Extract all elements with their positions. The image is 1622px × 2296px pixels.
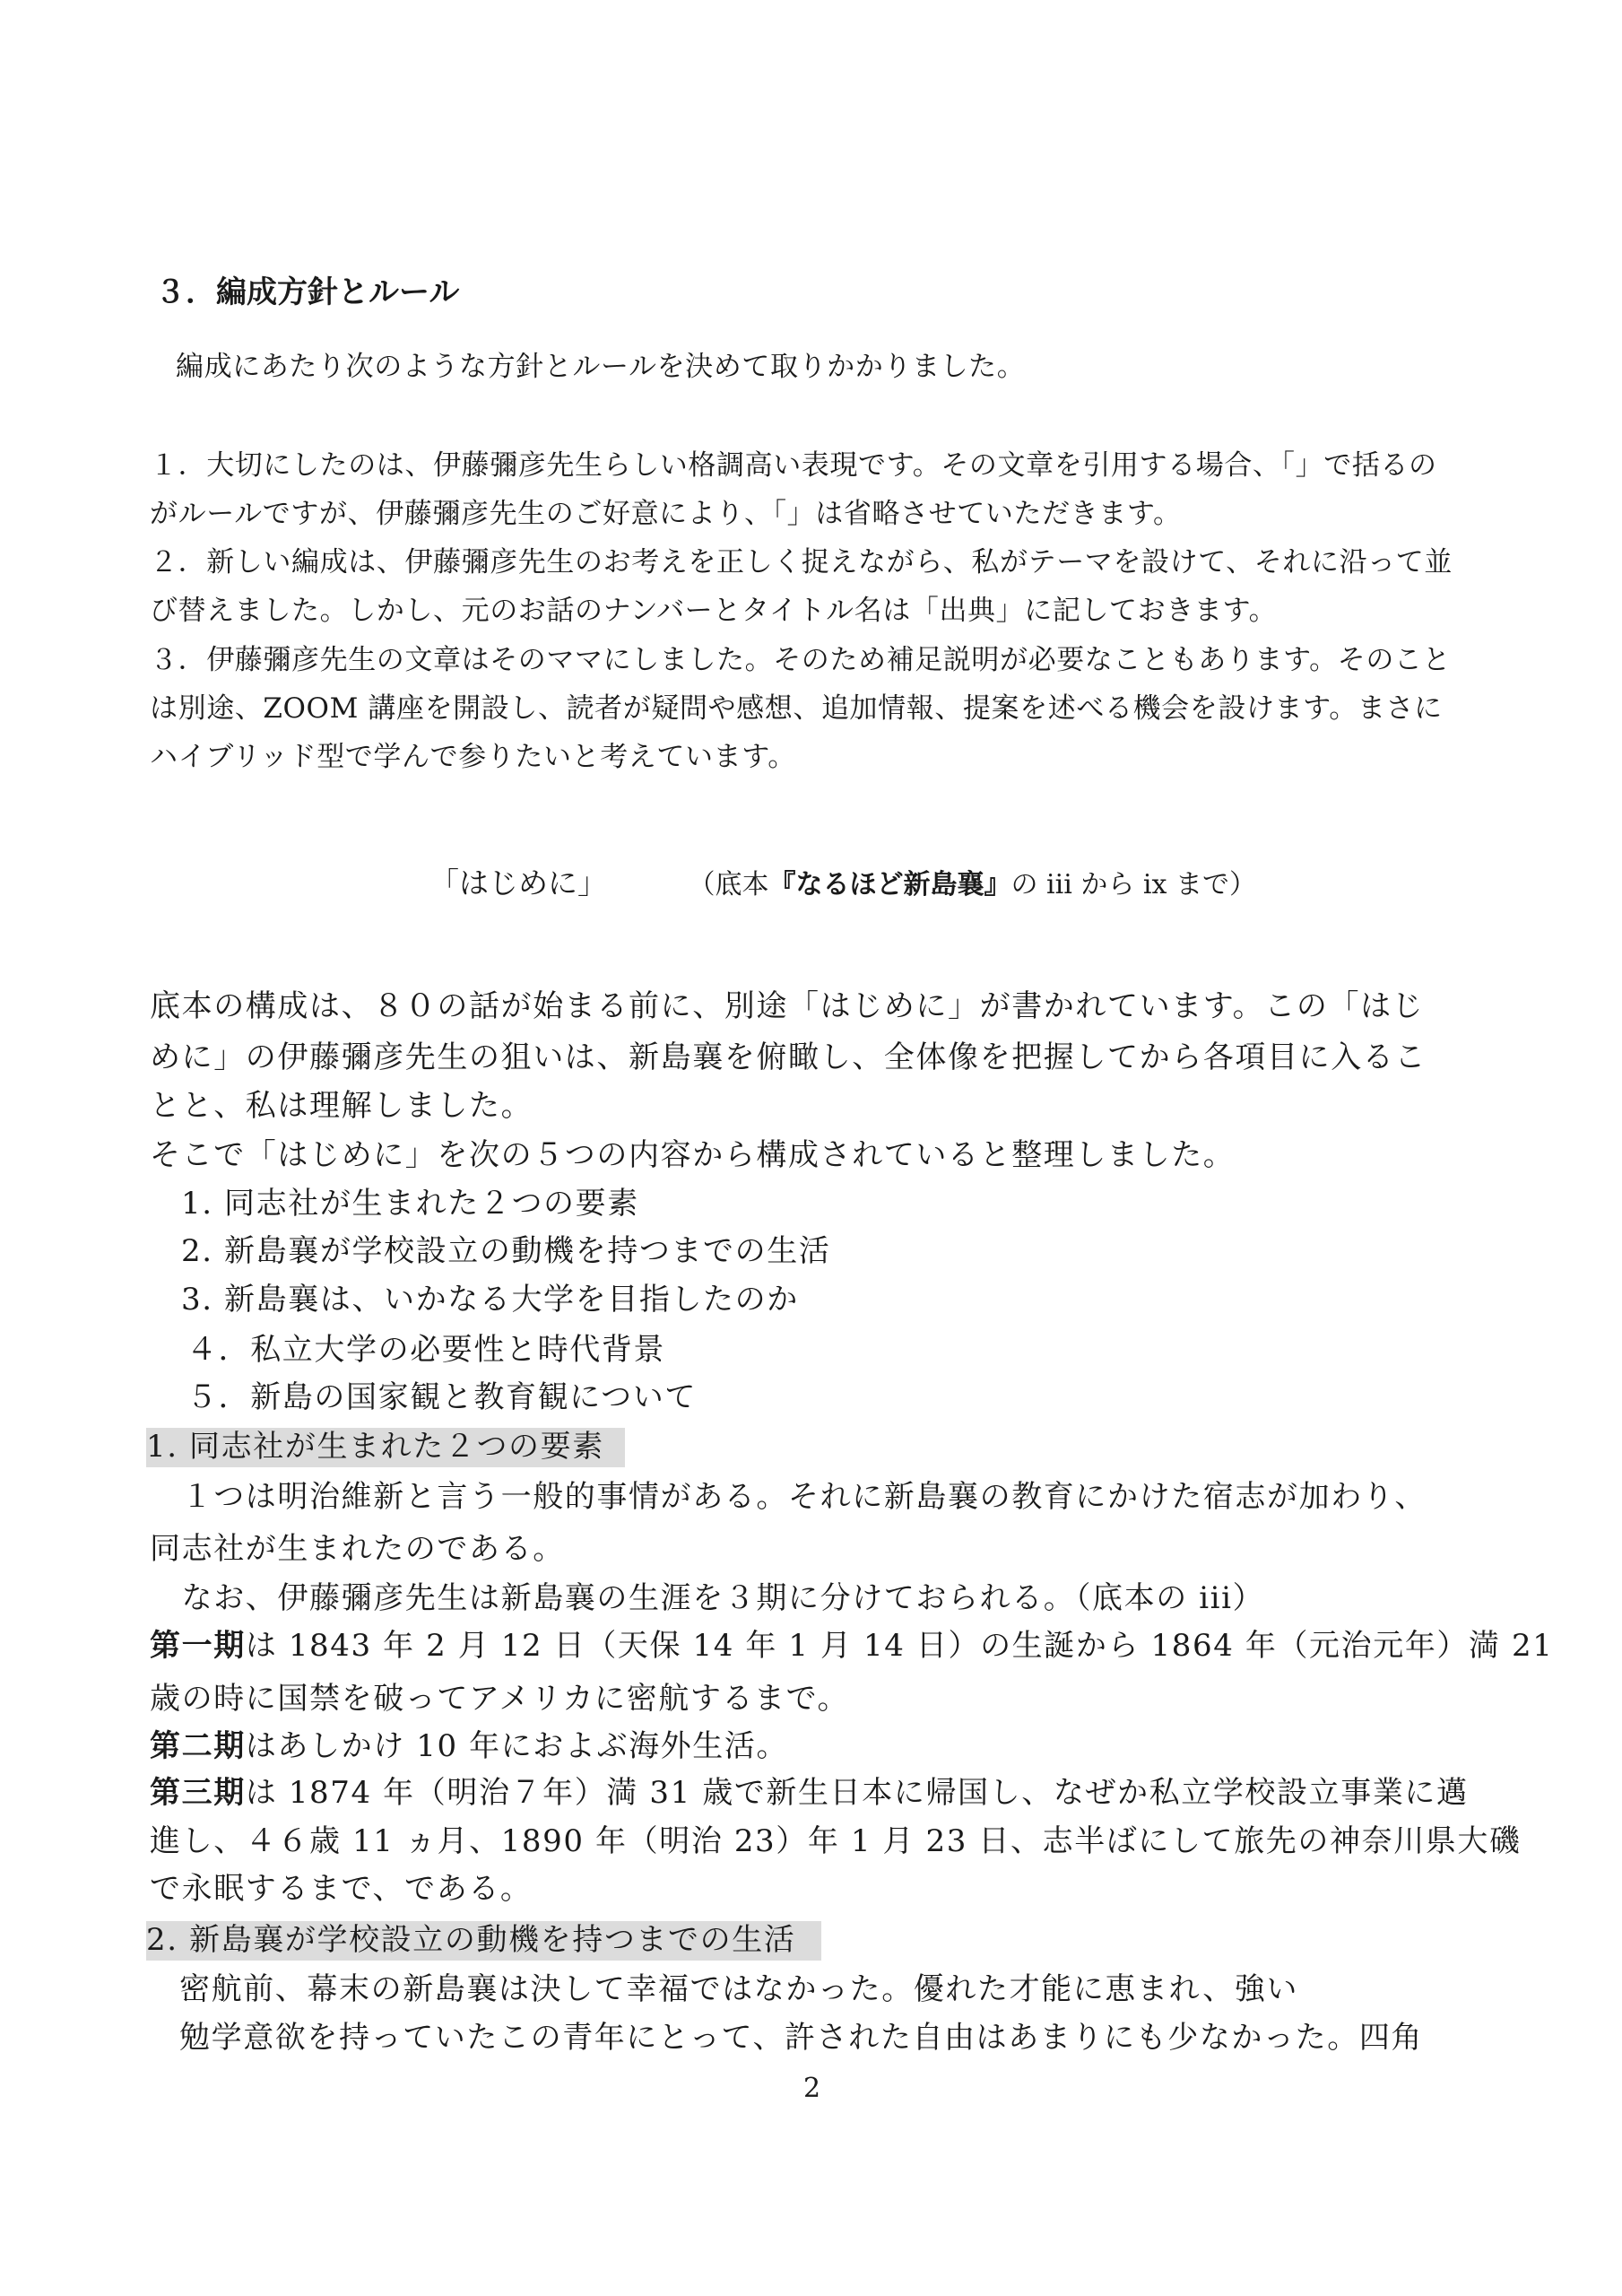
chapter-source-suffix: の iii から ix まで） bbox=[1011, 869, 1256, 900]
rule-1-line-1: １．大切にしたのは、伊藤彌彦先生らしい格調高い表現です。その文章を引用する場合、… bbox=[150, 452, 1437, 480]
body-intro-line-4: そこで「はじめに」を次の５つの内容から構成されていると整理しました。 bbox=[150, 1140, 1235, 1170]
body-intro-line-1: 底本の構成は、８０の話が始まる前に、別途「はじめに」が書かれています。この「はじ bbox=[150, 991, 1424, 1022]
section-heading: ３．編成方針とルール bbox=[155, 277, 459, 308]
subsection-heading-1: 1. 同志社が生まれた２つの要素 bbox=[146, 1428, 625, 1467]
period-2-label: 第二期 bbox=[150, 1728, 246, 1764]
outline-item-1: 1. 同志社が生まれた２つの要素 bbox=[181, 1188, 639, 1219]
period-1-label: 第一期 bbox=[150, 1628, 246, 1664]
body-intro-line-2: めに」の伊藤彌彦先生の狙いは、新島襄を俯瞰し、全体像を把握してから各項目に入るこ bbox=[150, 1042, 1427, 1073]
sec2-line-2: 勉学意欲を持っていたこの青年にとって、許された自由はあまりにも少なかった。四角 bbox=[179, 2022, 1423, 2053]
outline-item-4: ４．私立大学の必要性と時代背景 bbox=[186, 1335, 665, 1365]
rule-3-line-1: ３．伊藤彌彦先生の文章はそのママにしました。そのため補足説明が必要なこともありま… bbox=[150, 647, 1451, 674]
chapter-source-book: 『なるほど新島襄』 bbox=[769, 869, 1011, 900]
rule-3-line-2: は別途、ZOOM 講座を開設し、読者が疑問や感想、追加情報、提案を述べる機会を設… bbox=[150, 695, 1443, 723]
sec1-line-1: １つは明治維新と言う一般的事情がある。それに新島襄の教育にかけた宿志が加わり、 bbox=[150, 1482, 1427, 1512]
sec2-line-1: 密航前、幕末の新島襄は決して幸福ではなかった。優れた才能に恵まれ、強い bbox=[179, 1974, 1298, 2005]
period-1-line-2: 歳の時に国禁を破ってアメリカに密航するまで。 bbox=[150, 1683, 849, 1714]
outline-item-5: ５．新島の国家観と教育観について bbox=[186, 1382, 697, 1413]
chapter-source-prefix: （底本 bbox=[689, 869, 769, 900]
body-intro-line-3: とと、私は理解しました。 bbox=[150, 1091, 533, 1121]
outline-item-2: 2. 新島襄が学校設立の動機を持つまでの生活 bbox=[181, 1236, 830, 1266]
period-3-line-1: 第三期は 1874 年（明治７年）満 31 歳で新生日本に帰国し、なぜか私立学校… bbox=[150, 1778, 1469, 1808]
period-1-text: は 1843 年 2 月 12 日（天保 14 年 1 月 14 日）の生誕から… bbox=[246, 1628, 1554, 1664]
period-3-line-2: 進し、４６歳 11 ヵ月、1890 年（明治 23）年 1 月 23 日、志半ば… bbox=[150, 1826, 1522, 1857]
page-number: 2 bbox=[803, 2075, 820, 2102]
rule-1-line-2: がルールですが、伊藤彌彦先生のご好意により、「」は省略させていただきます。 bbox=[150, 500, 1182, 528]
period-3-label: 第三期 bbox=[150, 1775, 246, 1811]
period-1-line-1: 第一期は 1843 年 2 月 12 日（天保 14 年 1 月 14 日）の生… bbox=[150, 1631, 1554, 1661]
period-3-line-3: で永眠するまで、である。 bbox=[150, 1874, 533, 1904]
period-2-line-1: 第二期はあしかけ 10 年におよぶ海外生活。 bbox=[150, 1731, 788, 1761]
chapter-title-row: 「はじめに」 （底本『なるほど新島襄』の iii から ix まで） bbox=[429, 868, 1256, 899]
sec1-line-3: なお、伊藤彌彦先生は新島襄の生涯を３期に分けておられる。（底本の iii） bbox=[150, 1583, 1264, 1613]
rule-2-line-1: ２．新しい編成は、伊藤彌彦先生のお考えを正しく捉えながら、私がテーマを設けて、そ… bbox=[150, 549, 1453, 577]
rule-2-line-2: び替えました。しかし、元のお話のナンバーとタイトル名は「出典」に記しておきます。 bbox=[150, 597, 1277, 625]
sec1-line-2: 同志社が生まれたのである。 bbox=[150, 1534, 565, 1564]
subsection-heading-2: 2. 新島襄が学校設立の動機を持つまでの生活 bbox=[146, 1921, 821, 1961]
chapter-title: 「はじめに」 bbox=[429, 865, 607, 900]
period-3-text: は 1874 年（明治７年）満 31 歳で新生日本に帰国し、なぜか私立学校設立事… bbox=[246, 1775, 1469, 1811]
section-intro: 編成にあたり次のような方針とルールを決めて取りかかりました。 bbox=[176, 353, 1025, 381]
rule-3-line-3: ハイブリッド型で学んで参りたいと考えています。 bbox=[150, 744, 796, 771]
outline-item-3: 3. 新島襄は、いかなる大学を目指したのか bbox=[181, 1284, 799, 1315]
period-2-text: はあしかけ 10 年におよぶ海外生活。 bbox=[246, 1728, 788, 1764]
